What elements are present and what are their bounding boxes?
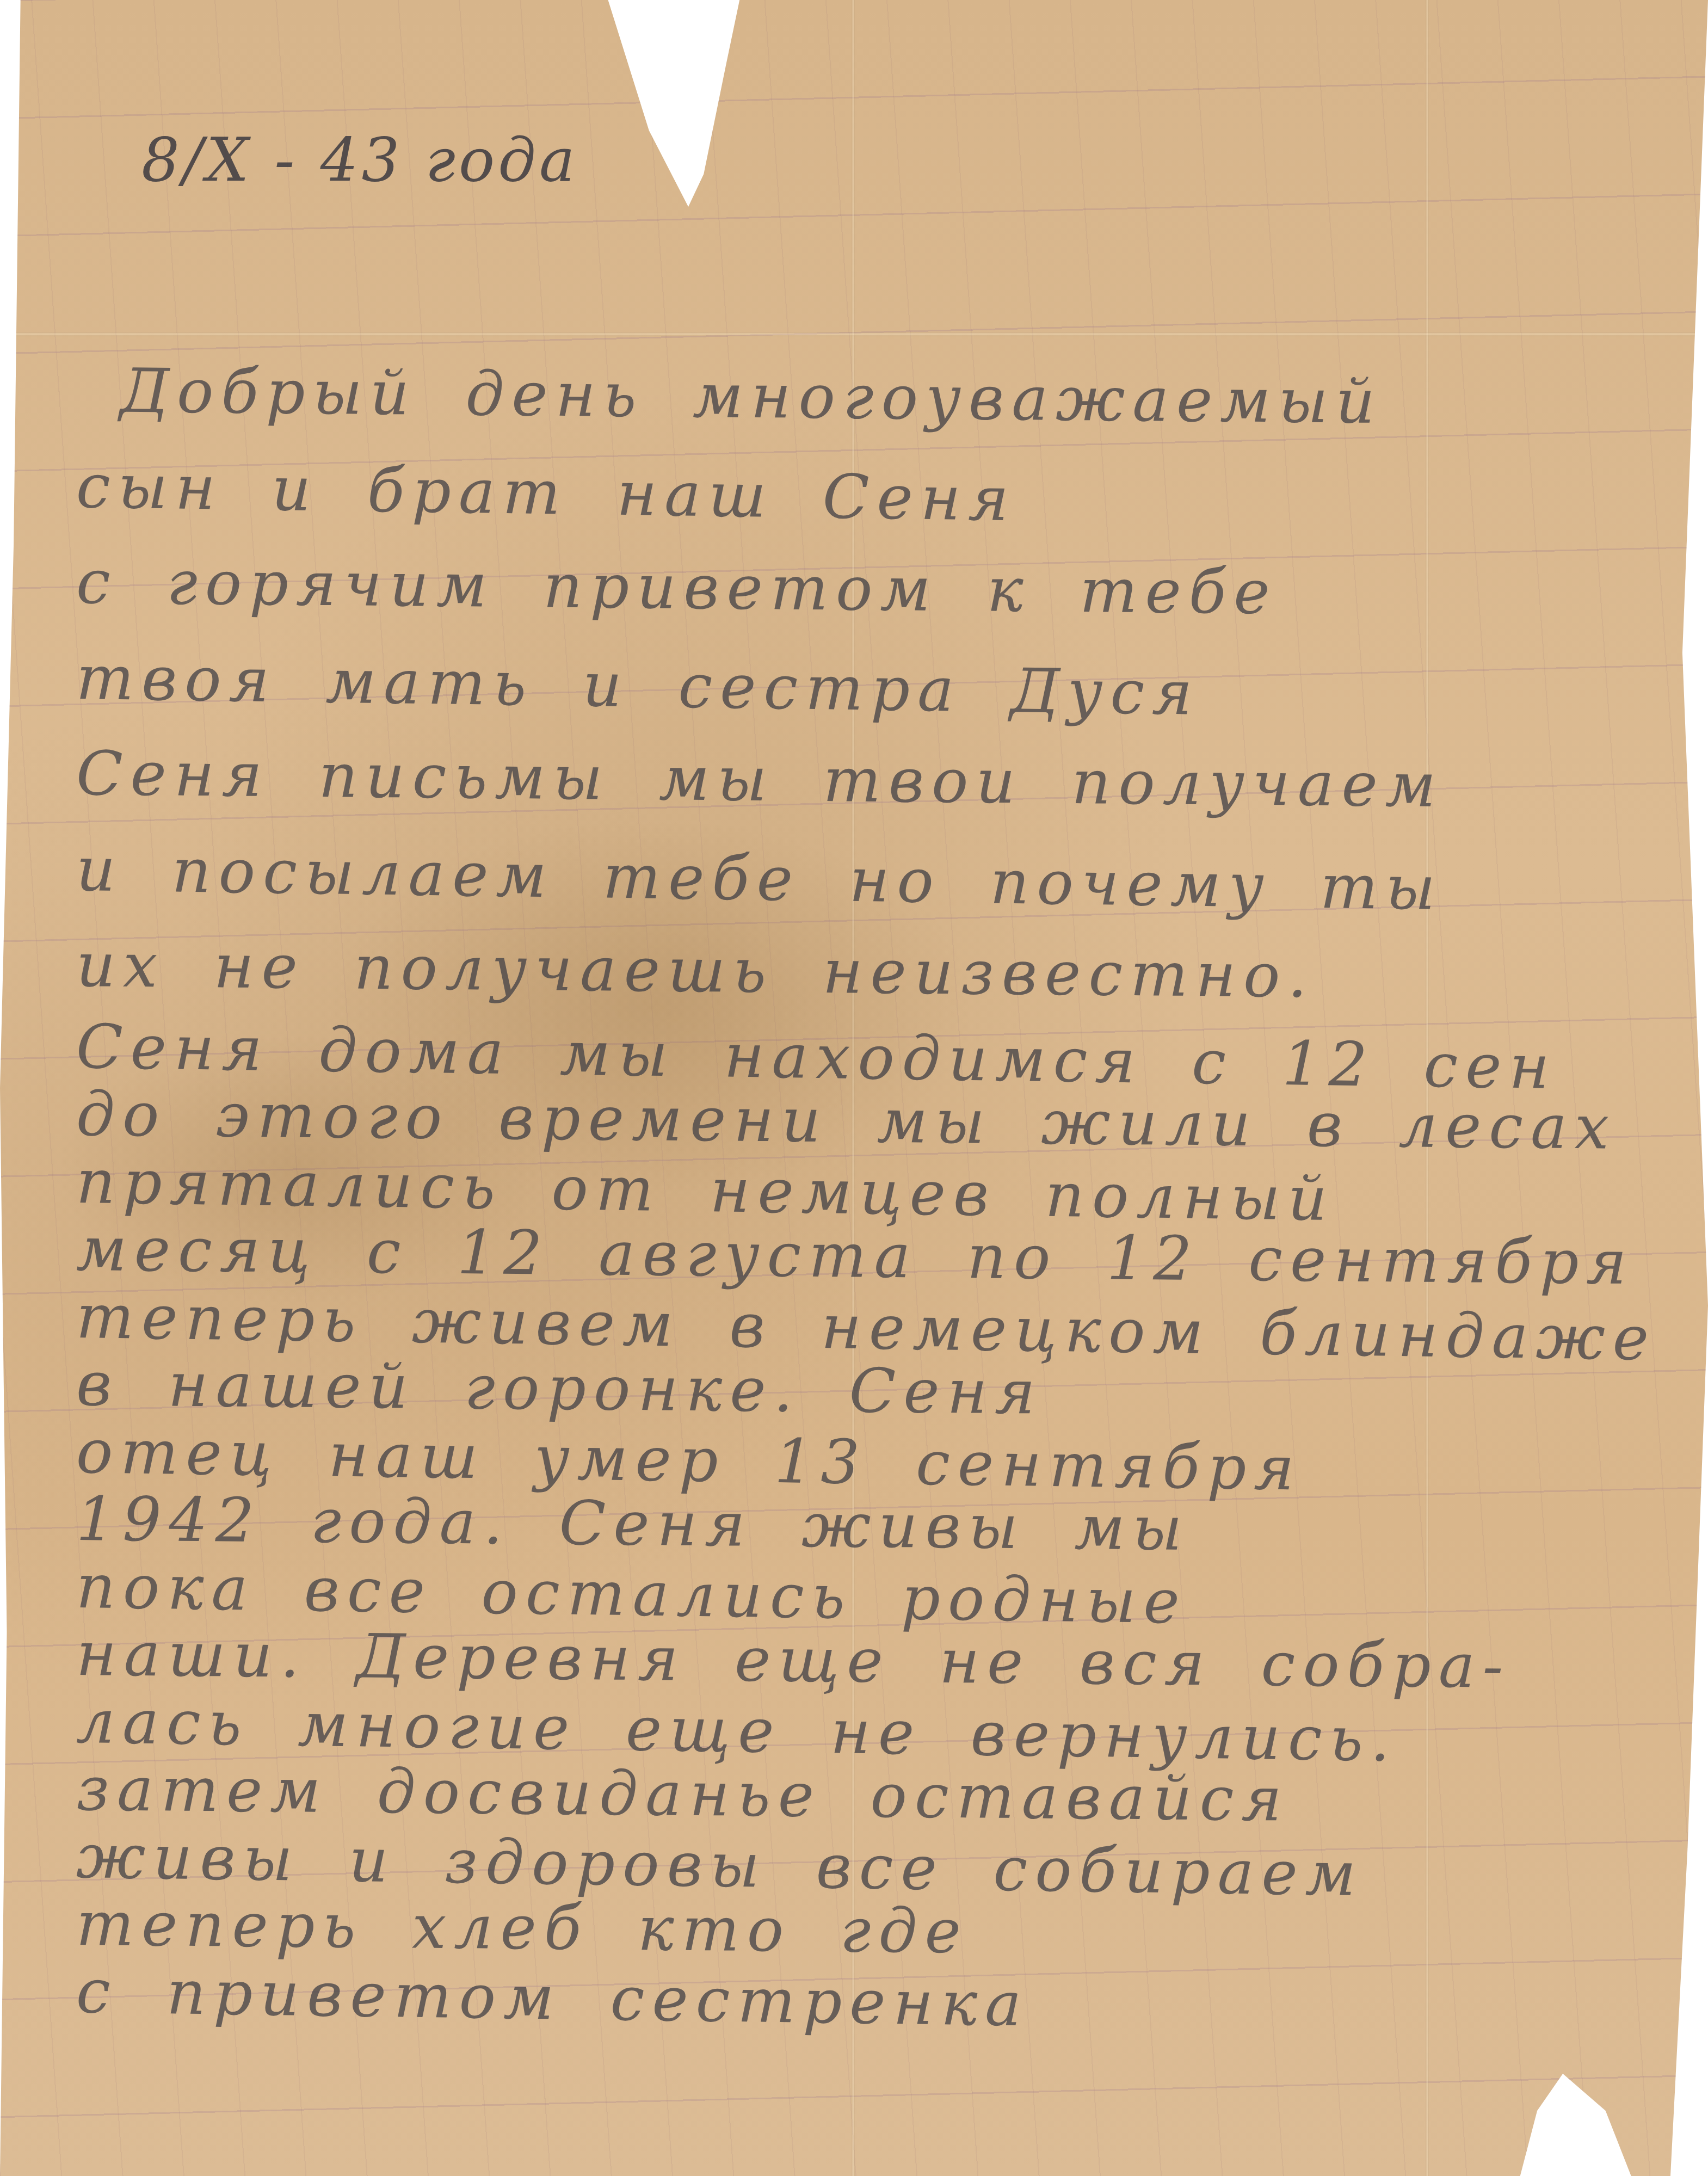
letter-line: Сеня письмы мы твои получаем <box>76 726 1687 836</box>
letter-line: их не получаешь неизвестно. <box>76 917 1687 1027</box>
letter-line: с горячим приветом к тебе <box>76 534 1687 644</box>
letter-line: Добрый день многоуважаемый <box>76 343 1687 453</box>
letter-sheet: 8/X - 43 года Добрый день многоуважаемый… <box>0 0 1708 2176</box>
letter-body: Добрый день многоуважаемый сын и брат на… <box>76 180 1687 2025</box>
